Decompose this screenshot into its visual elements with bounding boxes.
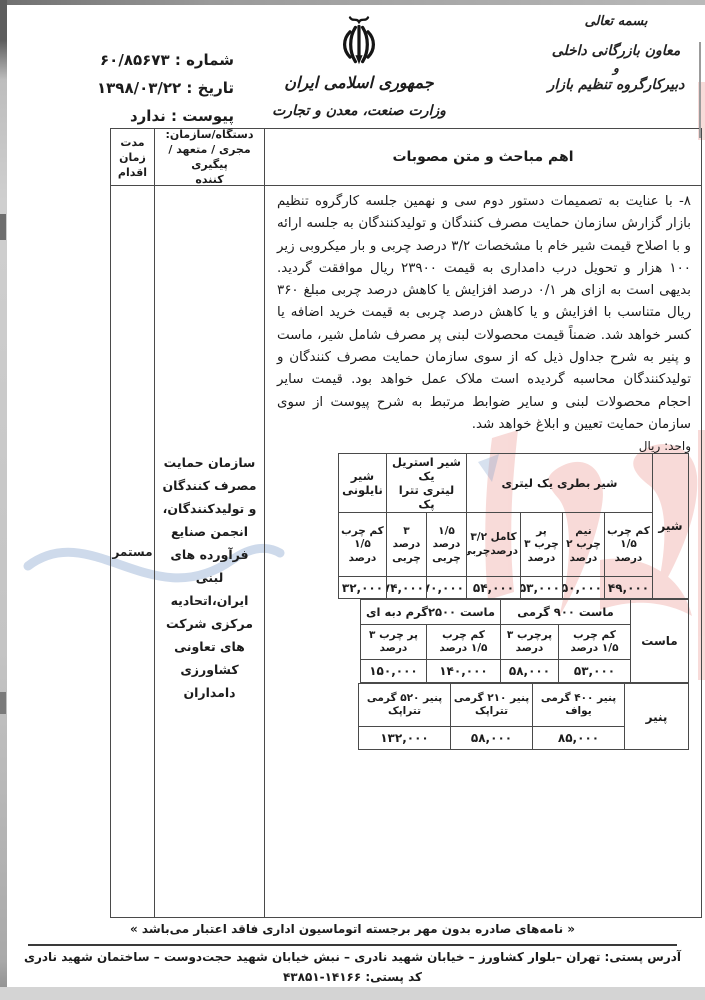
milk-price-value: ۷۰,۰۰۰ bbox=[426, 577, 466, 599]
cheese-price-table: پنیر پنیر ۴۰۰ گرمی یواف پنیر ۲۱۰ گرمی تت… bbox=[358, 683, 689, 750]
scan-fold-line bbox=[699, 42, 701, 138]
deputy-title-line: معاون بازرگانی داخلی bbox=[537, 41, 695, 61]
letter-date-value: ۱۳۹۸/۰۳/۲۲ bbox=[97, 79, 181, 97]
milk-row-label: شیر bbox=[653, 454, 689, 599]
footer-divider bbox=[28, 944, 677, 946]
deputy-title-conjunction: و bbox=[537, 61, 695, 75]
milk-price-table: شیر شیر بطری یک لیتری شیر استریل یک لیتر… bbox=[338, 453, 689, 599]
letter-number-line: شماره : ۶۰/۸۵۶۷۳ bbox=[18, 46, 234, 74]
column-header-topics: اهم مباحث و متن مصوبات bbox=[265, 129, 701, 186]
letterhead-center-block: جمهوری اسلامی ایران وزارت صنعت، معدن و ت… bbox=[258, 10, 460, 119]
cheese-price-value: ۸۵,۰۰۰ bbox=[533, 727, 625, 750]
milk-price-value: ۳۲,۰۰۰ bbox=[338, 577, 386, 599]
milk-col-header: کامل ۳/۲ درصدچربی bbox=[466, 513, 520, 577]
yogurt-col-header: پرچرب ۳ درصد bbox=[500, 625, 558, 660]
yogurt-group-900g: ماست ۹۰۰ گرمی bbox=[500, 600, 630, 625]
iran-emblem-icon bbox=[332, 10, 386, 70]
letter-date-line: تاریخ : ۱۳۹۸/۰۳/۲۲ bbox=[18, 74, 234, 102]
letter-attachment-label: پیوست : bbox=[171, 107, 234, 125]
letter-date-label: تاریخ : bbox=[186, 79, 234, 97]
cheese-col-header: پنیر ۴۰۰ گرمی یواف bbox=[533, 684, 625, 727]
resolution-paragraph: ۸- با عنایت به تصمیمات دستور دوم سی و نه… bbox=[277, 191, 691, 436]
letterhead-calligraphy-block: بسمه تعالی معاون بازرگانی داخلی و دبیرکا… bbox=[537, 14, 695, 95]
cheese-col-header: پنیر ۲۱۰ گرمی تتراپک bbox=[451, 684, 533, 727]
yogurt-col-header: کم چرب ۱/۵ درصد bbox=[559, 625, 631, 660]
yogurt-row-label: ماست bbox=[631, 600, 689, 683]
milk-group-sterile: شیر استریل یک لیتری تترا پک bbox=[386, 454, 466, 513]
milk-col-header: ۳ درصد چربی bbox=[386, 513, 426, 577]
scan-blot bbox=[0, 214, 6, 240]
yogurt-price-value: ۱۴۰,۰۰۰ bbox=[426, 660, 500, 683]
scan-blot bbox=[0, 692, 6, 714]
cheese-price-value: ۱۳۲,۰۰۰ bbox=[359, 727, 451, 750]
approvals-table: اهم مباحث و متن مصوبات دستگاه/سازمان: مج… bbox=[110, 128, 702, 918]
agency-cell: سازمان حمایت مصرف کنندگان و تولیدکنندگان… bbox=[155, 186, 265, 917]
resolution-text-cell: ۸- با عنایت به تصمیمات دستور دوم سی و نه… bbox=[265, 186, 701, 917]
letter-attachment-line: پیوست : ندارد bbox=[18, 102, 234, 130]
scan-edge-bottom bbox=[0, 987, 705, 1000]
letter-number-label: شماره : bbox=[175, 51, 234, 69]
yogurt-group-2500g: ماست ۲۵۰۰گرم دبه ای bbox=[360, 600, 500, 625]
yogurt-price-value: ۱۵۰,۰۰۰ bbox=[360, 660, 426, 683]
postal-code: کد پستی: ۱۴۱۶۶-۴۳۸۵۱ bbox=[0, 970, 705, 984]
milk-col-header: پر چرب ۳ درصد bbox=[521, 513, 563, 577]
milk-price-value: ۷۴,۰۰۰ bbox=[386, 577, 426, 599]
milk-col-header: ۱/۵ درصد چربی bbox=[426, 513, 466, 577]
scanned-letter-page: بسمه تعالی معاون بازرگانی داخلی و دبیرکا… bbox=[0, 0, 705, 1000]
cheese-row-label: پنیر bbox=[625, 684, 689, 750]
letter-meta-block: شماره : ۶۰/۸۵۶۷۳ تاریخ : ۱۳۹۸/۰۳/۲۲ پیوس… bbox=[18, 46, 234, 130]
cheese-col-header: پنیر ۵۲۰ گرمی تتراپک bbox=[359, 684, 451, 727]
column-header-agency: دستگاه/سازمان: مجری / متعهد / پیگیری کنن… bbox=[155, 129, 265, 186]
cheese-price-value: ۵۸,۰۰۰ bbox=[451, 727, 533, 750]
yogurt-price-value: ۵۸,۰۰۰ bbox=[500, 660, 558, 683]
duration-cell: مستمر bbox=[111, 186, 155, 917]
column-header-duration: مدت زمان اقدام bbox=[111, 129, 155, 186]
milk-col-header: کم چرب ۱/۵ درصد bbox=[338, 513, 386, 577]
scan-edge-left bbox=[0, 0, 7, 1000]
milk-price-value: ۵۳,۰۰۰ bbox=[521, 577, 563, 599]
yogurt-col-header: کم چرب ۱/۵ درصد bbox=[426, 625, 500, 660]
ministry-title: وزارت صنعت، معدن و تجارت bbox=[258, 103, 460, 119]
milk-col-header: نیم چرب ۲ درصد bbox=[563, 513, 605, 577]
yogurt-col-header: پر چرب ۳ درصد bbox=[360, 625, 426, 660]
postal-address: آدرس پستی: تهران –بلوار کشاورز – خیابان … bbox=[0, 950, 705, 964]
duration-value: مستمر bbox=[112, 545, 152, 559]
milk-price-value: ۵۴,۰۰۰ bbox=[466, 577, 520, 599]
milk-price-value: ۴۹,۰۰۰ bbox=[605, 577, 653, 599]
letter-attachment-value: ندارد bbox=[130, 107, 166, 125]
deputy-title-line: دبیرکارگروه تنظیم بازار bbox=[537, 75, 695, 95]
unit-note: واحد: ریال bbox=[277, 439, 691, 453]
milk-col-header: کم چرب ۱/۵ درصد bbox=[605, 513, 653, 577]
milk-group-bottled: شیر بطری یک لیتری bbox=[466, 454, 652, 513]
yogurt-price-table: ماست ماست ۹۰۰ گرمی ماست ۲۵۰۰گرم دبه ای ک… bbox=[360, 599, 689, 683]
agency-names: سازمان حمایت مصرف کنندگان و تولیدکنندگان… bbox=[161, 451, 258, 704]
country-title: جمهوری اسلامی ایران bbox=[258, 73, 460, 92]
besmeleh-text: بسمه تعالی bbox=[537, 14, 695, 29]
scan-edge-top bbox=[0, 0, 705, 5]
letter-number-value: ۶۰/۸۵۶۷۳ bbox=[100, 51, 170, 69]
validity-notice: « نامه‌های صادره بدون مهر برجسته اتوماسی… bbox=[0, 922, 705, 936]
milk-group-nylon: شیر نایلونی bbox=[338, 454, 386, 513]
yogurt-price-value: ۵۳,۰۰۰ bbox=[559, 660, 631, 683]
milk-price-value: ۵۰,۰۰۰ bbox=[563, 577, 605, 599]
